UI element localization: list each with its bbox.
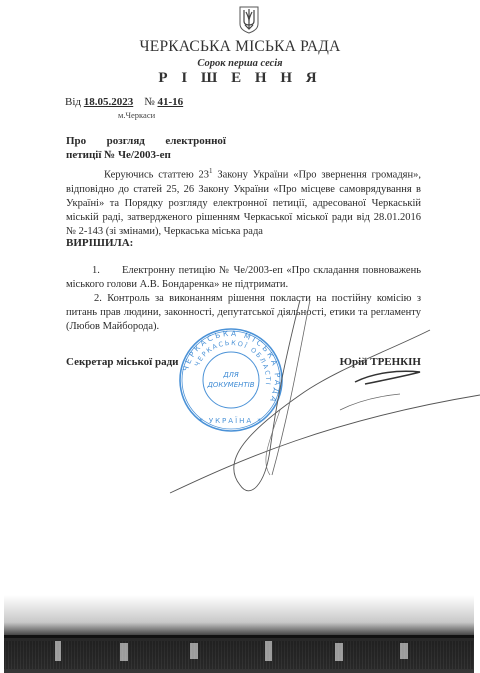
handwritten-signature — [160, 300, 480, 500]
council-name: ЧЕРКАСЬКА МІСЬКА РАДА — [0, 38, 480, 56]
subject-line-2: петиції № Че/2003-еп — [66, 148, 226, 162]
subject-word: Про — [66, 134, 86, 148]
session-title: Сорок перша сесія — [0, 58, 480, 69]
decision-item-1: 1.Електронну петицію № Че/2003-еп «Про с… — [66, 264, 421, 292]
trident-emblem-icon — [238, 4, 260, 34]
subject-word: електронної — [165, 134, 226, 148]
number-prefix: № — [144, 96, 155, 108]
decision-subject: Про розгляд електронної петиції № Че/200… — [66, 134, 226, 162]
date-number-line: Від 18.05.2023 № 41-16 — [65, 96, 183, 108]
decision-number: 41-16 — [158, 96, 184, 108]
city: м.Черкаси — [118, 110, 155, 120]
date-prefix: Від — [65, 96, 81, 108]
preamble: Керуючись статтею 231 Закону України «Пр… — [66, 164, 421, 240]
scan-noise-band — [0, 595, 480, 673]
subject-word: розгляд — [107, 134, 145, 148]
resolved-heading: ВИРІШИЛА: — [66, 237, 133, 249]
decision-date: 18.05.2023 — [84, 96, 134, 108]
document-type: Р І Ш Е Н Н Я — [0, 70, 480, 87]
